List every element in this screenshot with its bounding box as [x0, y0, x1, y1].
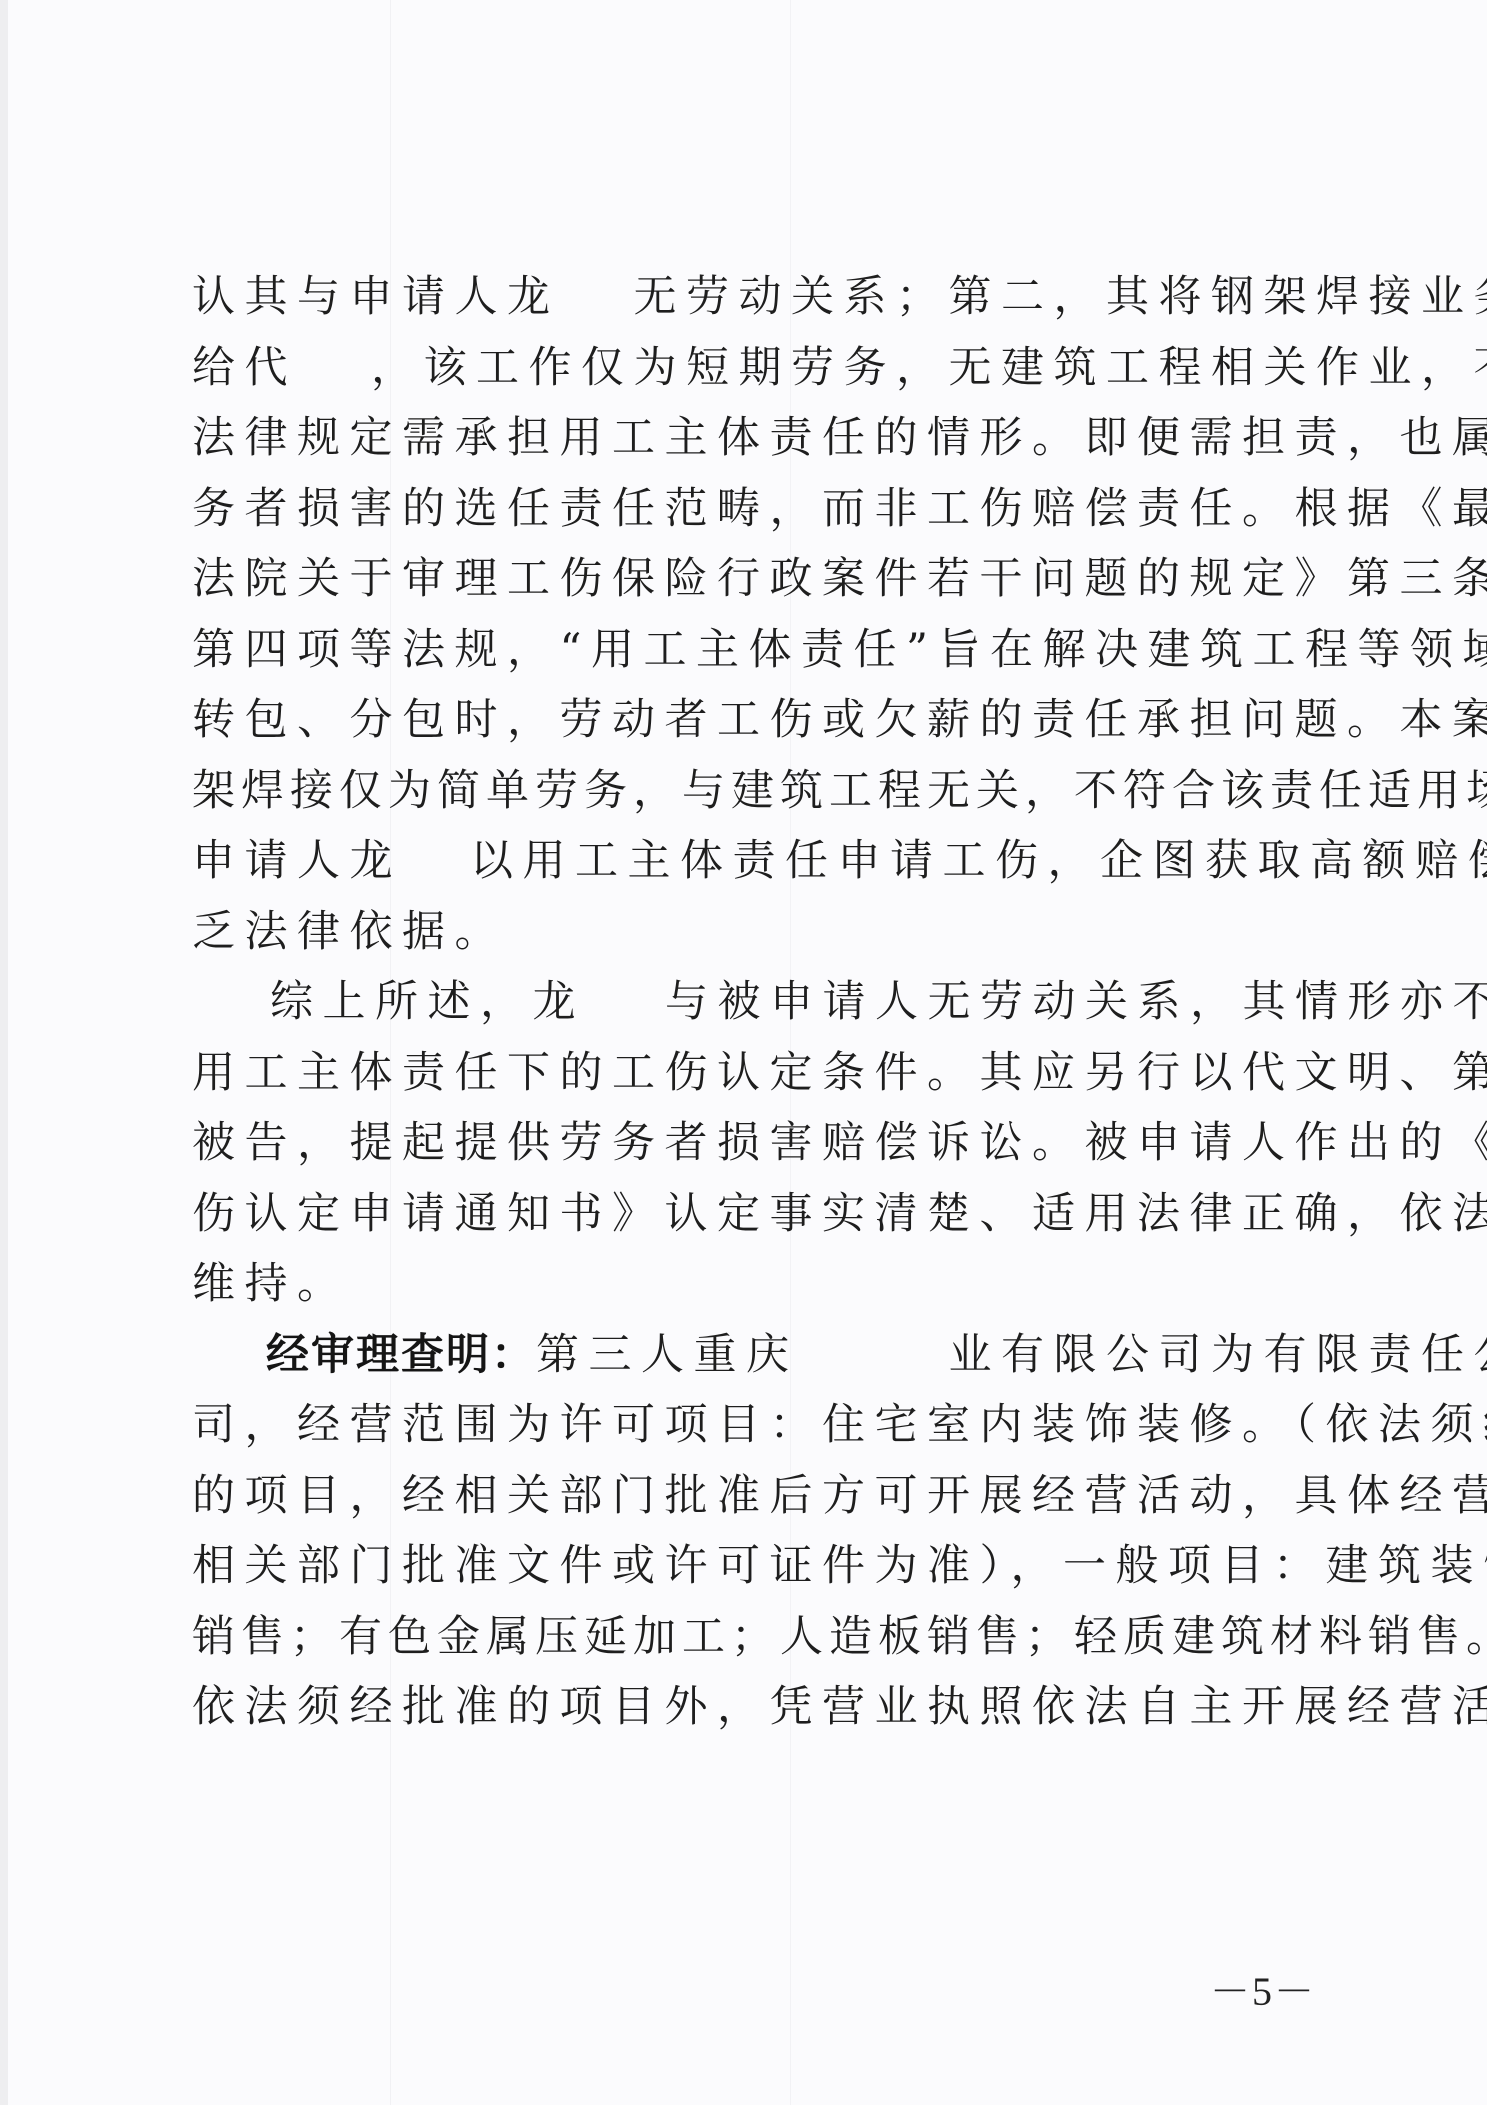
- text-line: 第四项等法规，“用工主体责任”旨在解决建筑工程等领域违法: [192, 615, 1292, 686]
- text-segment: 认其与申请人龙: [192, 272, 560, 322]
- text-line: 销售；有色金属压延加工；人造板销售；轻质建筑材料销售。（除: [192, 1602, 1292, 1673]
- text-line: 法律规定需承担用工主体责任的情形。即便需担责，也属提供劳: [192, 403, 1292, 474]
- page-number: －5－: [1210, 1960, 1316, 2017]
- findings-heading: 经审理查明：: [266, 1330, 536, 1380]
- text-line: 依法须经批准的项目外，凭营业执照依法自主开展经营活动）。: [192, 1672, 1292, 1743]
- document-body: 认其与申请人龙无劳动关系；第二，其将钢架焊接业务发包 给代，该工作仅为短期劳务，…: [192, 262, 1292, 1743]
- text-segment: 综上所述，龙: [270, 977, 585, 1027]
- text-line: 申请人龙以用工主体责任申请工伤，企图获取高额赔偿，缺: [192, 826, 1292, 897]
- text-line: 伤认定申请通知书》认定事实清楚、适用法律正确，依法应予以: [192, 1179, 1292, 1250]
- text-line: 乏法律依据。: [192, 897, 1292, 968]
- text-segment: 以用工主体责任申请工伤，企图获取高额赔偿，缺: [470, 836, 1487, 886]
- paragraph-argument-continuation: 认其与申请人龙无劳动关系；第二，其将钢架焊接业务发包 给代，该工作仅为短期劳务，…: [192, 262, 1292, 967]
- text-line: 相关部门批准文件或许可证件为准），一般项目：建筑装饰材料: [192, 1531, 1292, 1602]
- text-line: 务者损害的选任责任范畴，而非工伤赔偿责任。根据《最高人民: [192, 474, 1292, 545]
- text-segment: 给代: [192, 343, 297, 393]
- text-line: 被告，提起提供劳务者损害赔偿诉讼。被申请人作出的《驳回工: [192, 1108, 1292, 1179]
- text-line: 经审理查明：第三人重庆业有限公司为有限责任公: [192, 1320, 1292, 1391]
- text-line: 的项目，经相关部门批准后方可开展经营活动，具体经营项目以: [192, 1461, 1292, 1532]
- scan-left-edge: [0, 0, 8, 2105]
- text-line: 架焊接仅为简单劳务，与建筑工程无关，不符合该责任适用场景。: [192, 756, 1292, 827]
- text-line: 认其与申请人龙无劳动关系；第二，其将钢架焊接业务发包: [192, 262, 1292, 333]
- text-segment: 业有限公司为有限责任公: [949, 1330, 1487, 1380]
- text-line: 维持。: [192, 1249, 1292, 1320]
- paragraph-conclusion: 综上所述，龙与被申请人无劳动关系，其情形亦不满足 用工主体责任下的工伤认定条件。…: [192, 967, 1292, 1320]
- paragraph-findings: 经审理查明：第三人重庆业有限公司为有限责任公 司，经营范围为许可项目：住宅室内装…: [192, 1320, 1292, 1743]
- text-segment: 与被申请人无劳动关系，其情形亦不满足: [665, 977, 1487, 1027]
- text-line: 法院关于审理工伤保险行政案件若干问题的规定》第三条第一款: [192, 544, 1292, 615]
- text-line: 用工主体责任下的工伤认定条件。其应另行以代文明、第三人为: [192, 1038, 1292, 1109]
- text-segment: ，该工作仅为短期劳务，无建筑工程相关作业，不属于: [371, 343, 1487, 393]
- text-segment: 无劳动关系；第二，其将钢架焊接业务发包: [634, 272, 1487, 322]
- text-line: 转包、分包时，劳动者工伤或欠薪的责任承担问题。本案中，钢: [192, 685, 1292, 756]
- text-line: 给代，该工作仅为短期劳务，无建筑工程相关作业，不属于: [192, 333, 1292, 404]
- text-line: 综上所述，龙与被申请人无劳动关系，其情形亦不满足: [192, 967, 1292, 1038]
- text-line: 司，经营范围为许可项目：住宅室内装饰装修。（依法须经批准: [192, 1390, 1292, 1461]
- text-segment: 第三人重庆: [536, 1330, 799, 1380]
- text-segment: 申请人龙: [192, 836, 402, 886]
